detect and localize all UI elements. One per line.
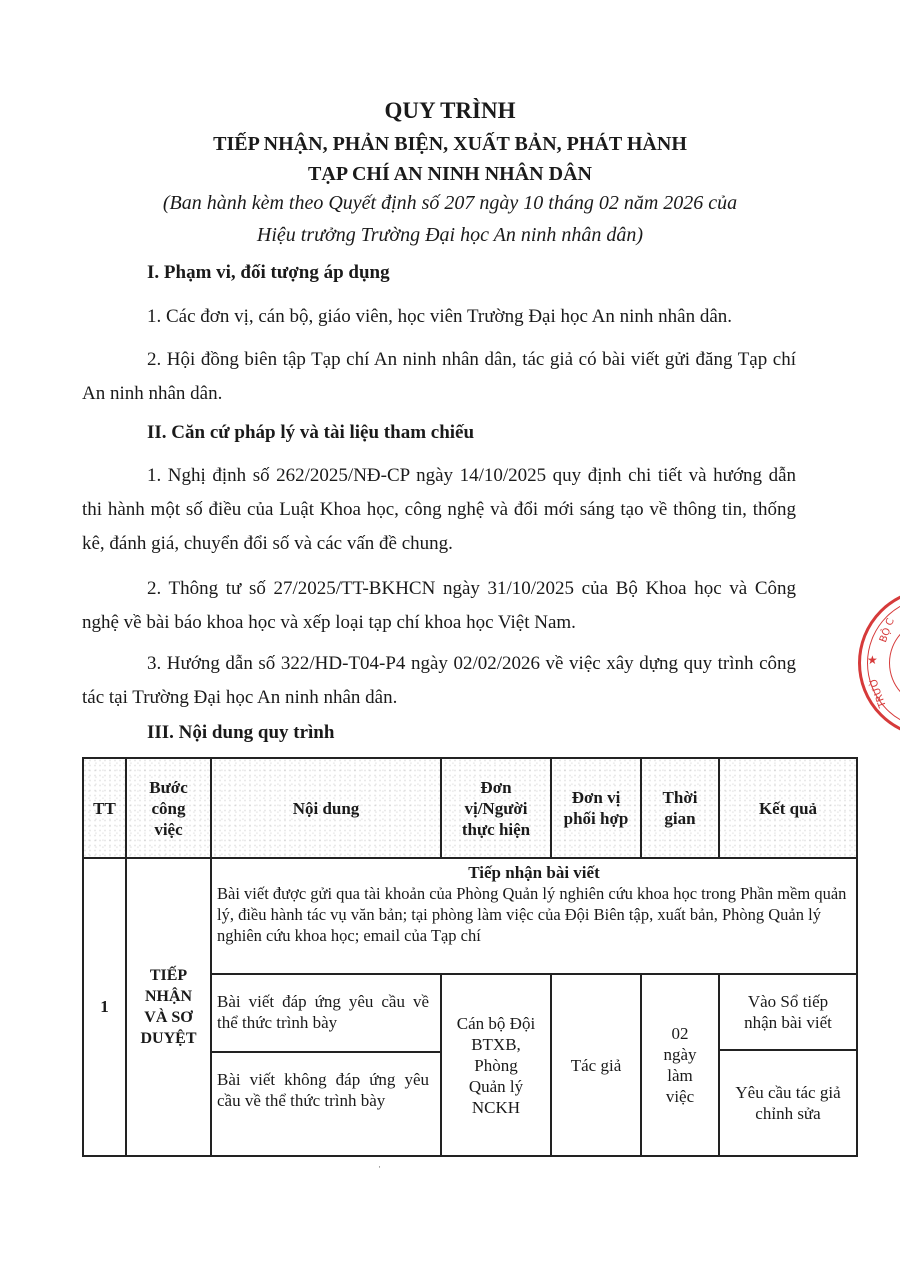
decision-reference: (Ban hành kèm theo Quyết định số 207 ngà… xyxy=(0,192,900,215)
column-header-performer: Đơn vị/Người thực hiện xyxy=(442,759,550,857)
legal-basis-item-2: 2. Thông tư số 27/2025/TT-BKHCN ngày 31/… xyxy=(82,572,796,640)
document-subtitle: TIẾP NHẬN, PHẢN BIỆN, XUẤT BẢN, PHÁT HÀN… xyxy=(0,133,900,156)
official-seal: BỘ C ★ TRƯỜ xyxy=(858,588,900,738)
content-description: Bài viết được gửi qua tài khoản của Phòn… xyxy=(217,883,853,946)
legal-basis-item-3: 3. Hướng dẫn số 322/HD-T04-P4 ngày 02/02… xyxy=(82,647,796,715)
sub-row-content-2: Bài viết không đáp ứng yêu cầu về thể th… xyxy=(217,1069,429,1111)
column-header-tt: TT xyxy=(84,759,125,857)
section-heading-process-content: III. Nội dung quy trình xyxy=(147,722,334,744)
sub-row-result-1: Vào Sổ tiếp nhận bài viết xyxy=(720,975,856,1049)
issuer-reference: Hiệu trưởng Trường Đại học An ninh nhân … xyxy=(0,224,900,247)
performer: Cán bộ Đội BTXB, Phòng Quản lý NCKH xyxy=(442,975,550,1155)
scan-speck: · xyxy=(378,1162,381,1172)
document-title: QUY TRÌNH xyxy=(0,98,900,124)
scope-item-1: 1. Các đơn vị, cán bộ, giáo viên, học vi… xyxy=(82,300,796,334)
time: 02 ngày làm việc xyxy=(642,975,718,1155)
seal-text-top: BỘ C xyxy=(878,617,897,644)
section-heading-scope: I. Phạm vi, đối tượng áp dụng xyxy=(147,262,390,284)
column-header-coordinator: Đơn vị phối hợp xyxy=(552,759,640,857)
coordinator: Tác giả xyxy=(552,975,640,1155)
journal-name: TẠP CHÍ AN NINH NHÂN DÂN xyxy=(0,163,900,186)
sub-row-result-2: Yêu cầu tác giả chỉnh sửa xyxy=(720,1051,856,1155)
legal-basis-item-1: 1. Nghị định số 262/2025/NĐ-CP ngày 14/1… xyxy=(82,459,796,561)
step-name: TIẾP NHẬN VÀ SƠ DUYỆT xyxy=(127,859,210,1155)
column-header-time: Thời gian xyxy=(642,759,718,857)
row-number: 1 xyxy=(84,859,125,1155)
column-header-result: Kết quả xyxy=(720,759,856,857)
section-heading-legal-basis: II. Căn cứ pháp lý và tài liệu tham chiế… xyxy=(147,422,474,444)
seal-star-icon: ★ xyxy=(867,653,878,667)
process-table: TT Bước công việc Nội dung Đơn vị/Người … xyxy=(82,757,858,1157)
scope-item-2: 2. Hội đồng biên tập Tạp chí An ninh nhâ… xyxy=(82,343,796,411)
column-header-content: Nội dung xyxy=(212,759,440,857)
column-header-step: Bước công việc xyxy=(127,759,210,857)
seal-text-side: TRƯỜ xyxy=(868,676,889,709)
content-title: Tiếp nhận bài viết xyxy=(212,863,856,883)
sub-row-content-1: Bài viết đáp ứng yêu cầu về thể thức trì… xyxy=(217,991,429,1033)
